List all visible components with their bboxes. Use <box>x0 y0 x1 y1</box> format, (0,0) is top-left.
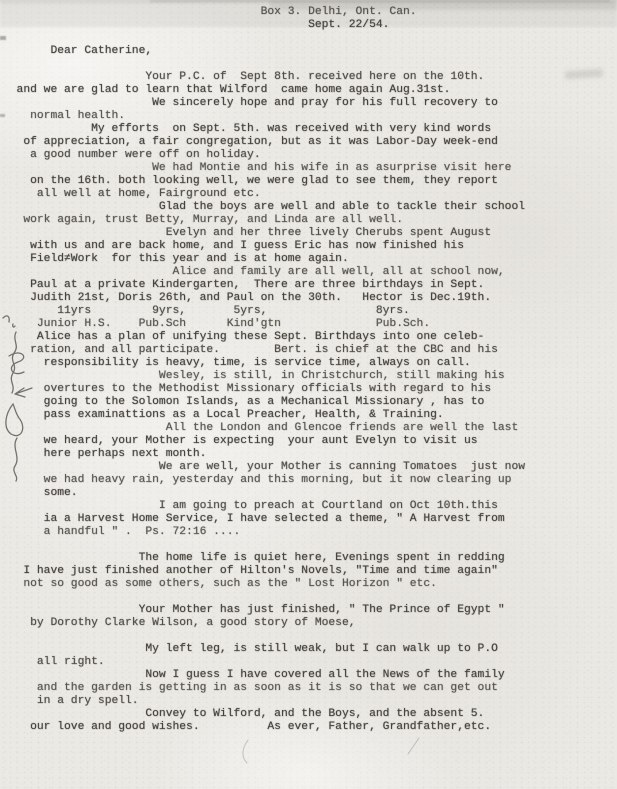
letter-line: My left leg, is still weak, but I can wa… <box>3 643 525 656</box>
letter-line: work again, trust Betty, Murray, and Lin… <box>3 214 525 227</box>
letter-line: My efforts on Sept. 5th. was received wi… <box>3 123 525 136</box>
letter-line: our love and good wishes. As ever, Fathe… <box>3 721 525 734</box>
letter-line: I am going to preach at Courtland on Oct… <box>3 500 525 513</box>
letter-line: Glad the boys are well and able to tackl… <box>3 201 525 214</box>
letter-line: normal health. <box>3 110 525 123</box>
letter-line: Evelyn and her three lively Cherubs spen… <box>3 227 525 240</box>
letter-line: We had Montie and his wife in as asurpri… <box>3 162 525 175</box>
letter-line: a handful " . Ps. 72:16 .... <box>3 526 525 539</box>
letter-line: a good number were off on holiday. <box>3 149 525 162</box>
letter-line: by Dorothy Clarke Wilson, a good story o… <box>3 617 525 630</box>
letter-line: pass examinattions as a Local Preacher, … <box>3 409 525 422</box>
letter-line: Your P.C. of Sept 8th. received here on … <box>3 71 525 84</box>
letter-body: Box 3. Delhi, Ont. Can. Sept. 22/54. Dea… <box>3 6 525 734</box>
letter-line: Box 3. Delhi, Ont. Can. <box>3 6 525 19</box>
letter-line: Paul at a private Kindergarten, There ar… <box>3 279 525 292</box>
letter-line <box>3 630 525 643</box>
letter-line: with us and are back home, and I guess E… <box>3 240 525 253</box>
letter-line: Junior H.S. Pub.Sch Kind'gtn Pub.Sch. <box>3 318 525 331</box>
letter-line <box>3 591 525 604</box>
letter-line: Wesley, is still, in Christchurch, still… <box>3 370 525 383</box>
letter-line: Judith 21st, Doris 26th, and Paul on the… <box>3 292 525 305</box>
letter-line: we had heavy rain, yesterday and this mo… <box>3 474 525 487</box>
letter-line: some. <box>3 487 525 500</box>
letter-line: All the London and Glencoe friends are w… <box>3 422 525 435</box>
faint-pencil-marks <box>0 730 617 789</box>
letter-line: Alice and family are all well, all at sc… <box>3 266 525 279</box>
letter-line: 11yrs 9yrs, 5yrs, 8yrs. <box>3 305 525 318</box>
letter-line: going to the Solomon Islands, as a Mecha… <box>3 396 525 409</box>
letter-line: all well at home, Fairground etc. <box>3 188 525 201</box>
letter-line: We are well, your Mother is canning Toma… <box>3 461 525 474</box>
letter-line: Dear Catherine, <box>3 45 525 58</box>
letter-line: ration, and all participate. Bert. is ch… <box>3 344 525 357</box>
letter-line: and the garden is getting in as soon as … <box>3 682 525 695</box>
letter-line <box>3 539 525 552</box>
letter-line: in a dry spell. <box>3 695 525 708</box>
letter-line: we heard, your Mother is expecting your … <box>3 435 525 448</box>
letter-line: The home life is quiet here, Evenings sp… <box>3 552 525 565</box>
letter-line: and we are glad to learn that Wilford ca… <box>3 84 525 97</box>
letter-line: ia a Harvest Home Service, I have select… <box>3 513 525 526</box>
letter-line: not so good as some others, such as the … <box>3 578 525 591</box>
letter-line: Convey to Wilford, and the Boys, and the… <box>3 708 525 721</box>
letter-line: responsibility is heavy, time, is servic… <box>3 357 525 370</box>
letter-line: Now I guess I have covered all the News … <box>3 669 525 682</box>
letter-line: here perhaps next month. <box>3 448 525 461</box>
letter-line: Alice has a plan of unifying these Sept.… <box>3 331 525 344</box>
letter-line: overtures to the Methodist Missionary of… <box>3 383 525 396</box>
letter-line: Field≠Work for this year and is at home … <box>3 253 525 266</box>
letter-line <box>3 58 525 71</box>
letter-line: We sincerely hope and pray for his full … <box>3 97 525 110</box>
letter-line: Sept. 22/54. <box>3 19 525 32</box>
letter-line: Your Mother has just finished, " The Pri… <box>3 604 525 617</box>
letter-line: all right. <box>3 656 525 669</box>
letter-line: I have just finished another of Hilton's… <box>3 565 525 578</box>
letter-line: of appreciation, a fair congregation, bu… <box>3 136 525 149</box>
letter-line: on the 16th. both looking well, we were … <box>3 175 525 188</box>
letter-line <box>3 32 525 45</box>
